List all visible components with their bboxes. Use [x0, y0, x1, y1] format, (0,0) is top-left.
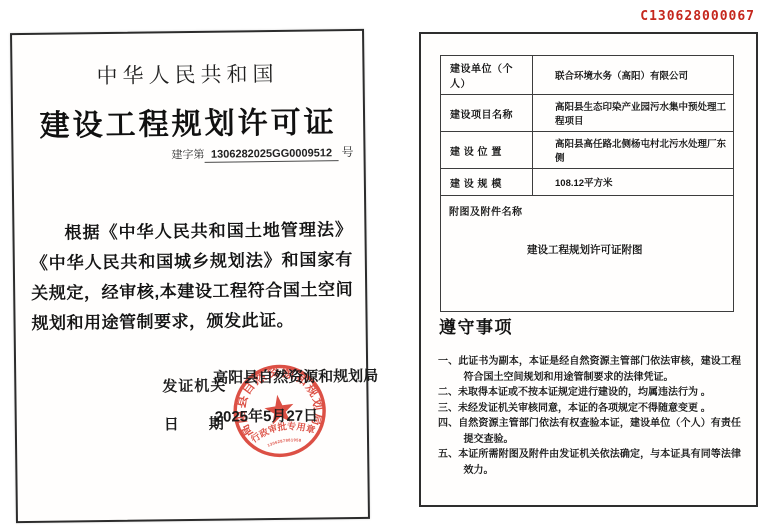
attachments-label: 附图及附件名称: [449, 207, 523, 218]
field-label-scale: 建 设 规 模: [441, 169, 533, 196]
permit-number-line: 建字第 1306282025GG0009512 号: [171, 143, 353, 163]
notice-item-5: 五、本证所需附图及附件由发证机关依法确定，与本证具有同等法律效力。: [438, 447, 741, 478]
notice-item-3: 三、未经发证机关审核同意，本证的各项规定不得随意变更 。: [438, 401, 741, 417]
table-row-attachments: 附图及附件名称 建设工程规划许可证附图: [441, 196, 734, 312]
notice-item-2: 二、未取得本证或不按本证规定进行建设的，均属违法行为 。: [438, 385, 741, 401]
permit-number-prefix: 建字第: [171, 146, 204, 163]
compliance-notice-list: 一、此证书为副本，本证是经自然资源主管部门依法审核，建设工程符合国土空间规划和用…: [438, 354, 741, 478]
table-row: 建 设 规 模 108.12平方米: [441, 169, 734, 196]
notice-item-4: 四、自然资源主管部门依法有权查验本证，建设单位（个人）有责任提交查验。: [438, 416, 741, 447]
table-row: 建 设 位 置 高阳县高任路北侧杨屯村北污水处理厂东侧: [441, 132, 734, 169]
field-label-unit: 建设单位（个人）: [441, 56, 533, 95]
svg-text:1306287881958: 1306287881958: [266, 435, 303, 448]
field-label-project-name: 建设项目名称: [441, 95, 533, 132]
table-row: 建设项目名称 高阳县生态印染产业园污水集中预处理工程项目: [441, 95, 734, 132]
stamp-serial-digits: 1306287881958: [266, 435, 303, 448]
field-value-location: 高阳县高任路北侧杨屯村北污水处理厂东侧: [533, 132, 734, 169]
country-heading: 中华人民共和国: [12, 57, 362, 91]
permit-number-suffix: 号: [338, 143, 353, 161]
attachments-cell: 附图及附件名称 建设工程规划许可证附图: [441, 196, 734, 312]
certificate-title: 建设工程规划许可证: [13, 97, 364, 145]
project-info-table: 建设单位（个人） 联合环境水务（高阳）有限公司 建设项目名称 高阳县生态印染产业…: [440, 55, 734, 312]
field-value-scale: 108.12平方米: [533, 169, 734, 196]
certificate-body-text: 根据《中华人民共和国土地管理法》《中华人民共和国城乡规划法》和国家有关规定，经审…: [30, 215, 353, 339]
attachments-value: 建设工程规划许可证附图: [527, 242, 725, 257]
compliance-section-title: 遵守事项: [439, 313, 513, 338]
table-row: 建设单位（个人） 联合环境水务（高阳）有限公司: [441, 56, 734, 95]
certificate-page: 中华人民共和国 建设工程规划许可证 建字第 1306282025GG000951…: [10, 29, 370, 523]
details-page: 建设单位（个人） 联合环境水务（高阳）有限公司 建设项目名称 高阳县生态印染产业…: [419, 32, 758, 507]
date-value: 2025年5月27日: [215, 404, 319, 426]
notice-item-1: 一、此证书为副本，本证是经自然资源主管部门依法审核，建设工程符合国土空间规划和用…: [438, 354, 741, 385]
field-value-project-name: 高阳县生态印染产业园污水集中预处理工程项目: [533, 95, 734, 132]
field-value-unit: 联合环境水务（高阳）有限公司: [533, 56, 734, 95]
registry-serial-number: C130628000067: [600, 9, 755, 24]
issuer-value: 高阳县自然资源和规划局: [213, 365, 378, 388]
permit-number-value: 1306282025GG0009512: [204, 147, 338, 163]
field-label-location: 建 设 位 置: [441, 132, 533, 169]
